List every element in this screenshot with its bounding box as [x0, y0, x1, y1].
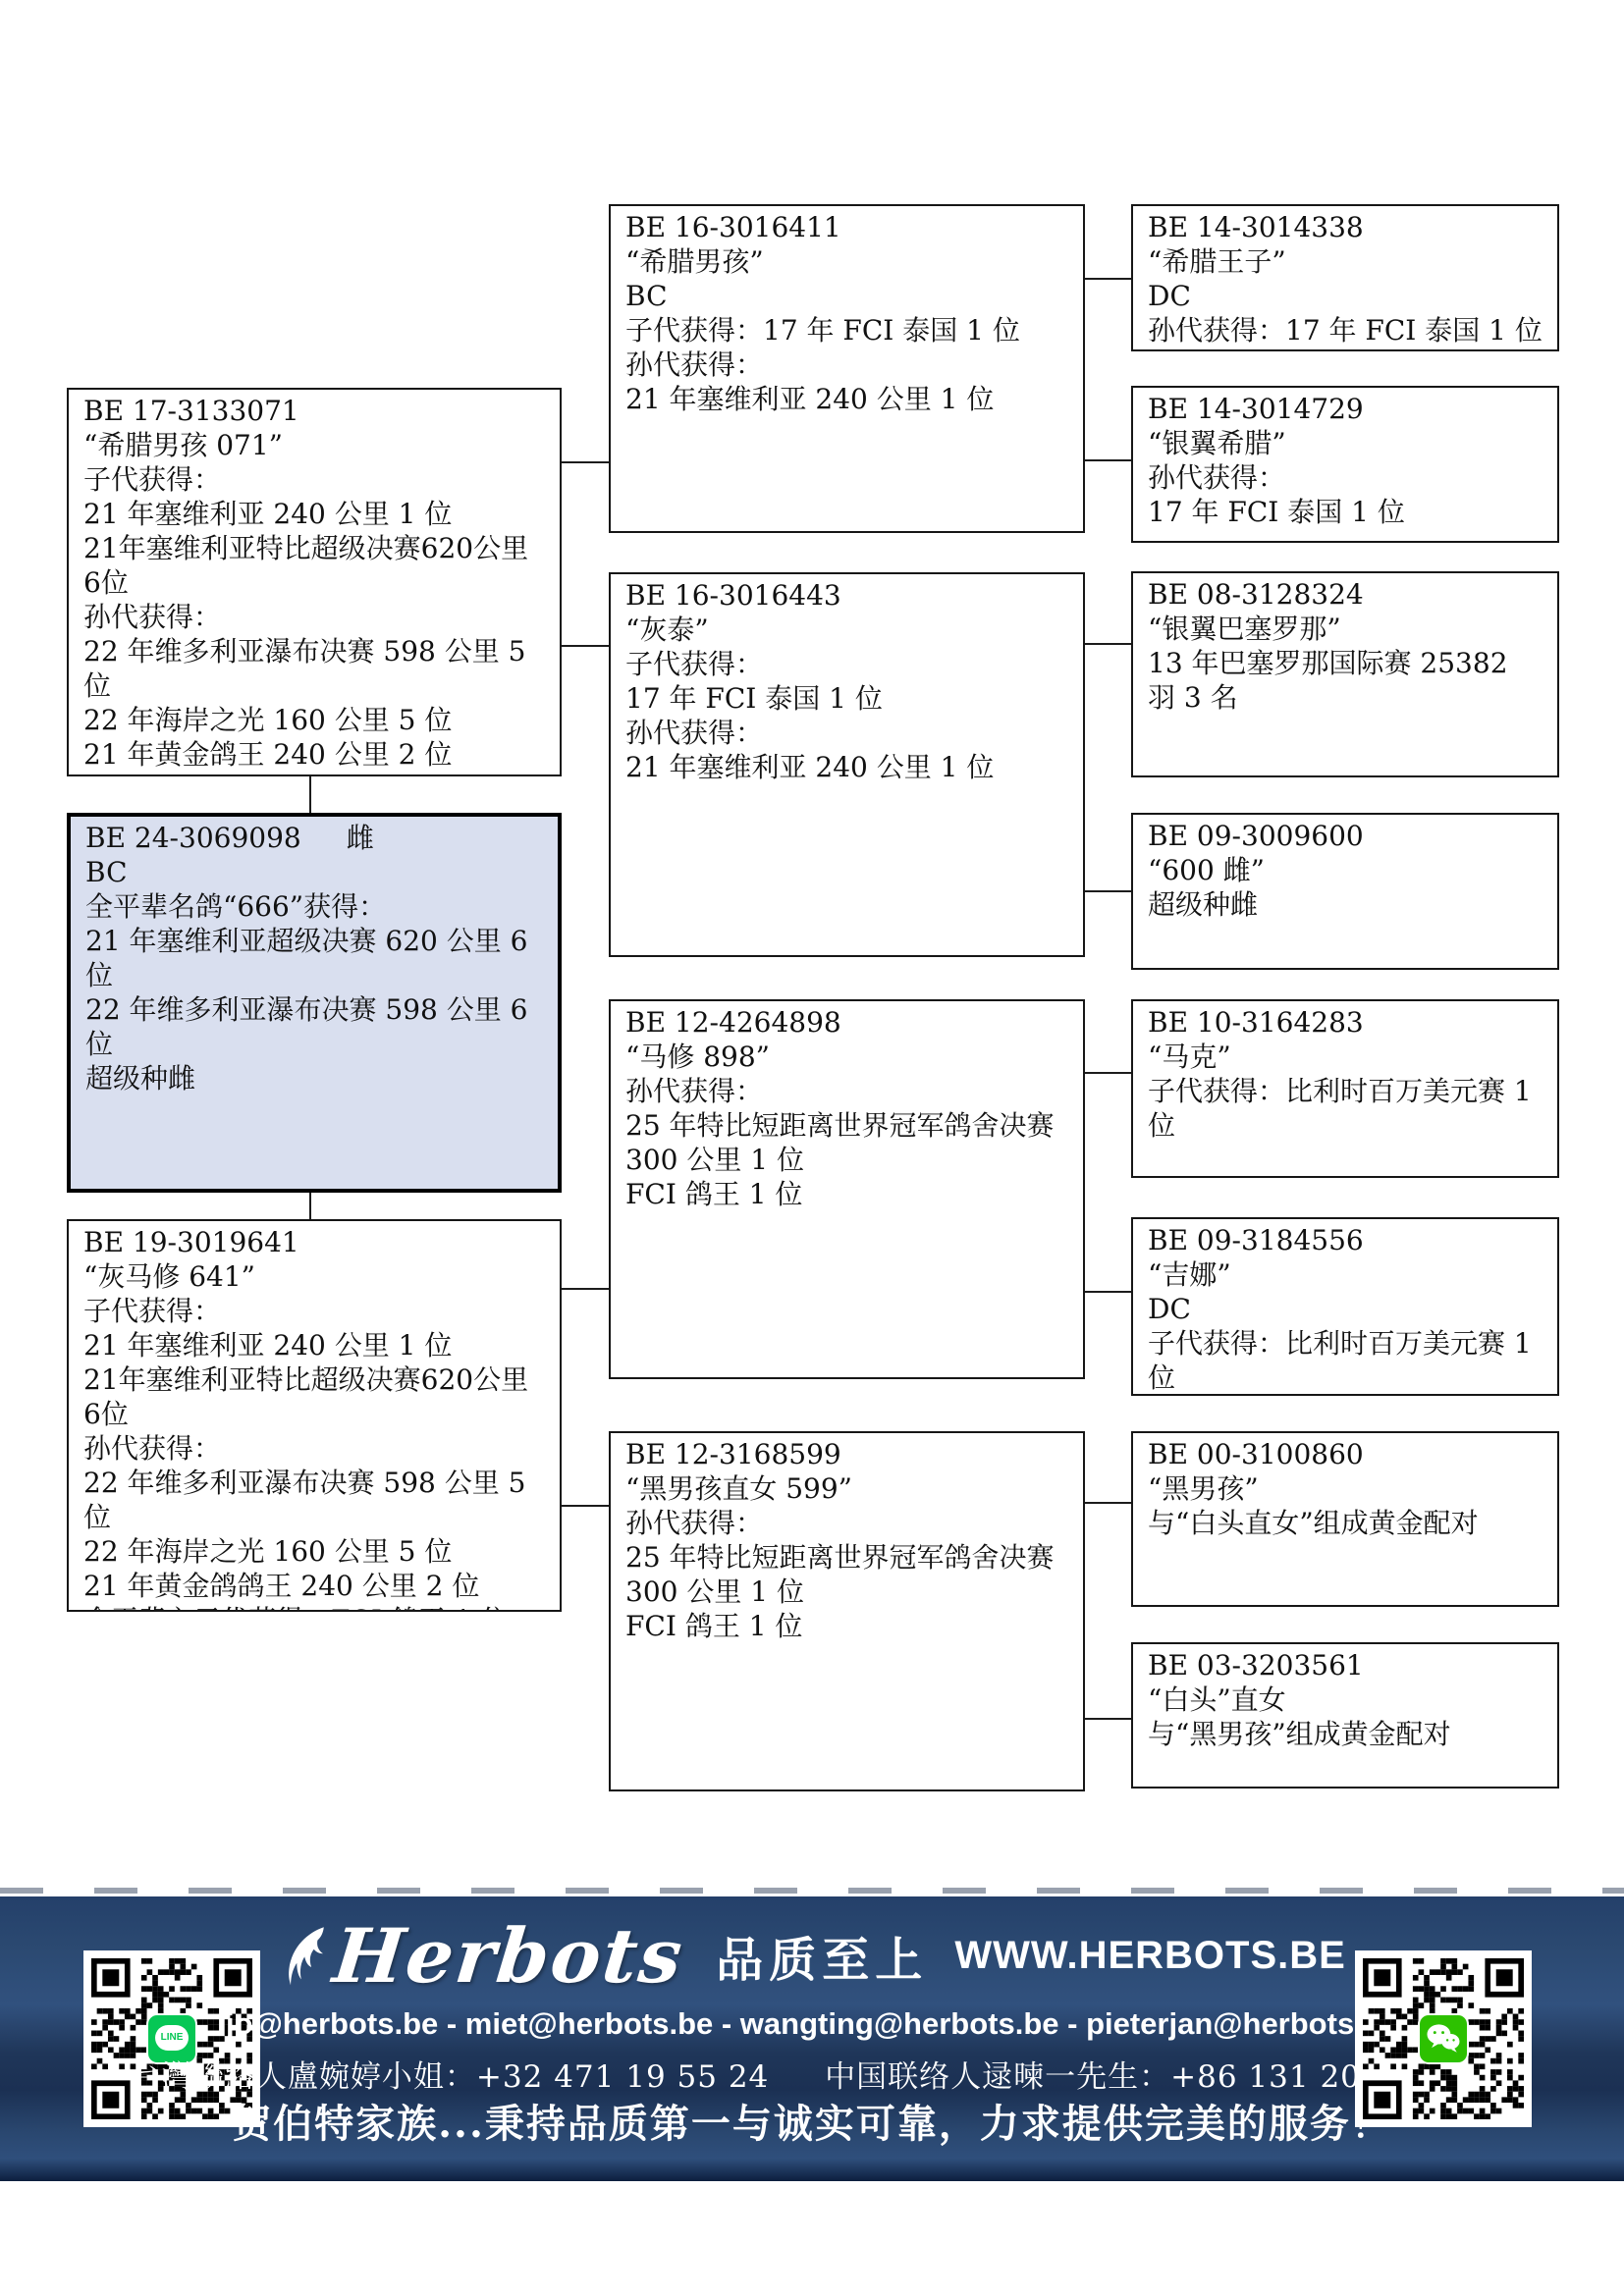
achievement-line: 21 年塞维利亚 240 公里 1 位	[83, 1328, 545, 1362]
achievement-line: 13 年巴塞罗那国际赛 25382 羽 3 名	[1148, 646, 1543, 715]
achievement-line: 21 年塞维利亚 240 公里 1 位	[625, 382, 1068, 416]
pedigree-box-B: BE 24-3069098雌BC全平辈名鸽“666”获得：21 年塞维利亚超级决…	[67, 813, 562, 1193]
pedigree-box-L: BE 10-3164283“马克”子代获得：比利时百万美元赛 1 位	[1131, 999, 1559, 1178]
achievement-line: 22 年维多利亚瀑布决赛 598 公里 6 位	[85, 992, 543, 1061]
achievement-line: FCI 鸽王 1 位	[625, 1609, 1068, 1643]
achievement-line: 全平辈名鸽“666”获得：	[85, 889, 543, 924]
ring-number: BE 17-3133071	[83, 395, 299, 427]
connector-line	[562, 1505, 609, 1507]
pigeon-name: BC	[85, 855, 543, 889]
footer-banner: LINE Herbots 品质至上 WWW.HERBOTS.BE jo@herb…	[0, 1896, 1624, 2181]
pigeon-name: “银翼巴塞罗那”	[1148, 612, 1543, 646]
wechat-icon	[1418, 2013, 1469, 2064]
pedigree-box-F: BE 12-4264898“马修 898”孙代获得：25 年特比短距离世界冠军鸽…	[609, 999, 1085, 1379]
contact-taiwan: 台灣聯絡人盧婉婷小姐：+32 471 19 55 24	[131, 2059, 769, 2095]
achievement-line: 孙代获得：	[83, 1431, 545, 1466]
connector-line	[1085, 459, 1131, 461]
ring-number: BE 10-3164283	[1148, 1006, 1364, 1039]
connector-line	[309, 1193, 311, 1219]
pedigree-box-E: BE 16-3016443“灰泰”子代获得：17 年 FCI 泰国 1 位孙代获…	[609, 572, 1085, 957]
achievement-line: 25 年特比短距离世界冠军鸽舍决赛	[625, 1108, 1068, 1143]
pigeon-name: “黑男孩直女 599”	[625, 1471, 1068, 1506]
ring-number: BE 08-3128324	[1148, 578, 1364, 611]
ring-number: BE 16-3016443	[625, 579, 841, 612]
achievement-line: 17 年 FCI 泰国 1 位	[1148, 495, 1543, 529]
achievement-line: 孙代获得：	[83, 600, 545, 634]
pigeon-name: “600 雌”	[1148, 853, 1543, 887]
connector-line	[309, 776, 311, 813]
herbots-logo: Herbots	[330, 1912, 688, 2000]
pedigree-box-N: BE 00-3100860“黑男孩”与“白头直女”组成黄金配对	[1131, 1431, 1559, 1607]
wechat-qr-code	[1355, 1950, 1532, 2127]
achievement-line: DC	[1148, 279, 1543, 313]
achievement-line: 21年塞维利亚特比超级决赛620公里6位	[83, 1362, 545, 1431]
achievement-line: 与“黑男孩”组成黄金配对	[1148, 1717, 1543, 1751]
pigeon-name: “马克”	[1148, 1040, 1543, 1074]
pedigree-box-M: BE 09-3184556“吉娜”DC子代获得：比利时百万美元赛 1 位	[1131, 1217, 1559, 1396]
achievement-line: 21 年塞维利亚 240 公里 1 位	[83, 497, 545, 531]
connector-line	[1085, 1291, 1131, 1293]
connector-line	[1085, 1072, 1131, 1074]
connector-line	[1085, 278, 1131, 280]
pigeon-name: “希腊男孩 071”	[83, 428, 545, 462]
pigeon-name: “银翼希腊”	[1148, 426, 1543, 460]
achievement-line: 17 年 FCI 泰国 1 位	[625, 681, 1068, 716]
pedigree-box-H: BE 14-3014338“希腊王子”DC孙代获得：17 年 FCI 泰国 1 …	[1131, 204, 1559, 351]
pigeon-name: “灰泰”	[625, 613, 1068, 647]
pedigree-box-A: BE 17-3133071“希腊男孩 071”子代获得：21 年塞维利亚 240…	[67, 388, 562, 776]
achievement-line: 超级种雌	[1148, 887, 1543, 922]
achievement-line: 孙代获得：	[1148, 460, 1543, 495]
achievement-line: 全平辈获得：17 年 FCI 泰国 1 位	[83, 772, 545, 776]
pedigree-box-G: BE 12-3168599“黑男孩直女 599”孙代获得：25 年特比短距离世界…	[609, 1431, 1085, 1791]
ring-number: BE 24-3069098	[85, 822, 301, 854]
achievement-line: BC	[625, 279, 1068, 313]
ring-number: BE 16-3016411	[625, 211, 841, 243]
pigeon-name: “吉娜”	[1148, 1257, 1543, 1292]
ring-number: BE 14-3014729	[1148, 393, 1364, 425]
ring-number: BE 12-3168599	[625, 1438, 841, 1470]
footer-website: WWW.HERBOTS.BE	[954, 1934, 1345, 1978]
pedigree-box-O: BE 03-3203561“白头”直女与“黑男孩”组成黄金配对	[1131, 1642, 1559, 1789]
feather-icon	[273, 1922, 341, 1990]
achievement-line: 22 年维多利亚瀑布决赛 598 公里 5 位	[83, 1466, 545, 1534]
footer-tagline: 品质至上	[716, 1922, 928, 1990]
ring-number: BE 00-3100860	[1148, 1438, 1364, 1470]
achievement-line: 全平辈之子代获得：FCI 鸽王 1 位	[83, 1603, 545, 1612]
achievement-line: FCI 鸽王 1 位	[625, 1177, 1068, 1211]
ring-number: BE 09-3009600	[1148, 820, 1364, 852]
achievement-line: 孙代获得：17 年 FCI 泰国 1 位	[1148, 313, 1543, 347]
sex-label: 雌	[347, 822, 374, 854]
achievement-line: 22 年海岸之光 160 公里 5 位	[83, 1534, 545, 1569]
achievement-line: 孙代获得：	[625, 716, 1068, 750]
achievement-line: 子代获得：17 年 FCI 泰国 1 位	[625, 313, 1068, 347]
pigeon-name: “马修 898”	[625, 1040, 1068, 1074]
connector-line	[562, 1288, 609, 1290]
connector-line	[1085, 643, 1131, 645]
achievement-line: 子代获得：比利时百万美元赛 1 位	[1148, 1074, 1543, 1143]
ring-number: BE 12-4264898	[625, 1006, 841, 1039]
achievement-line: 300 公里 1 位	[625, 1143, 1068, 1177]
achievement-line: 超级种雌	[85, 1061, 543, 1095]
connector-line	[562, 645, 609, 647]
achievement-line: 与“白头直女”组成黄金配对	[1148, 1506, 1543, 1540]
connector-line	[1085, 1502, 1131, 1504]
achievement-line: 子代获得：	[625, 647, 1068, 681]
pigeon-name: “希腊男孩”	[625, 244, 1068, 279]
achievement-line: 孙代获得：	[625, 347, 1068, 382]
pedigree-box-I: BE 14-3014729“银翼希腊”孙代获得：17 年 FCI 泰国 1 位	[1131, 386, 1559, 543]
achievement-line: DC	[1148, 1292, 1543, 1326]
achievement-line: 300 公里 1 位	[625, 1575, 1068, 1609]
ring-number: BE 09-3184556	[1148, 1224, 1364, 1256]
pedigree-box-J: BE 08-3128324“银翼巴塞罗那”13 年巴塞罗那国际赛 25382 羽…	[1131, 571, 1559, 777]
achievement-line: 21 年黄金鸽王 240 公里 2 位	[83, 737, 545, 772]
achievement-line: 子代获得：比利时百万美元赛 1 位	[1148, 1326, 1543, 1395]
connector-line	[1085, 890, 1131, 892]
connector-line	[562, 461, 609, 463]
pedigree-page: BE 17-3133071“希腊男孩 071”子代获得：21 年塞维利亚 240…	[0, 0, 1624, 2296]
achievement-line: 孙代获得：	[625, 1074, 1068, 1108]
pedigree-box-K: BE 09-3009600“600 雌”超级种雌	[1131, 813, 1559, 970]
pedigree-box-D: BE 16-3016411“希腊男孩”BC子代获得：17 年 FCI 泰国 1 …	[609, 204, 1085, 533]
pedigree-box-C: BE 19-3019641“灰马修 641”子代获得：21 年塞维利亚 240 …	[67, 1219, 562, 1612]
pigeon-name: “希腊王子”	[1148, 244, 1543, 279]
ring-number: BE 14-3014338	[1148, 211, 1364, 243]
achievement-line: 25 年特比短距离世界冠军鸽舍决赛	[625, 1540, 1068, 1575]
connector-line	[1085, 1718, 1131, 1720]
achievement-line: 21 年塞维利亚 240 公里 1 位	[625, 750, 1068, 784]
pigeon-name: “灰马修 641”	[83, 1259, 545, 1294]
achievement-line: 子代获得：	[83, 462, 545, 497]
achievement-line: 22 年海岸之光 160 公里 5 位	[83, 703, 545, 737]
achievement-line: 孙代获得：	[625, 1506, 1068, 1540]
achievement-line: 21年塞维利亚特比超级决赛620公里6位	[83, 531, 545, 600]
achievement-line: 子代获得：	[83, 1294, 545, 1328]
pigeon-name: “白头”直女	[1148, 1682, 1543, 1717]
ring-number: BE 19-3019641	[83, 1226, 299, 1258]
ring-number: BE 03-3203561	[1148, 1649, 1364, 1682]
achievement-line: 21 年塞维利亚超级决赛 620 公里 6 位	[85, 924, 543, 992]
achievement-line: 21 年黄金鸽鸽王 240 公里 2 位	[83, 1569, 545, 1603]
achievement-line: 22 年维多利亚瀑布决赛 598 公里 5 位	[83, 634, 545, 703]
pigeon-name: “黑男孩”	[1148, 1471, 1543, 1506]
